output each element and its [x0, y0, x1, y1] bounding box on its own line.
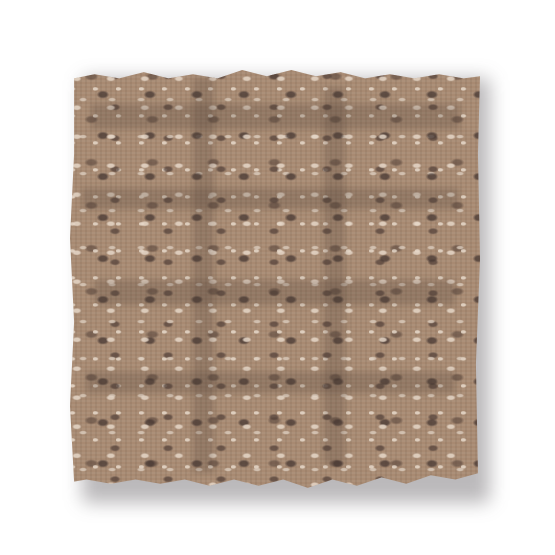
pattern-band: [193, 78, 214, 473]
pattern-band: [95, 280, 456, 305]
pattern-band: [91, 104, 460, 129]
product-photo: [0, 0, 555, 555]
pattern-band: [82, 188, 459, 209]
pattern-band: [324, 87, 345, 465]
carpet-swatch: [70, 70, 480, 490]
pattern-band: [86, 372, 455, 393]
